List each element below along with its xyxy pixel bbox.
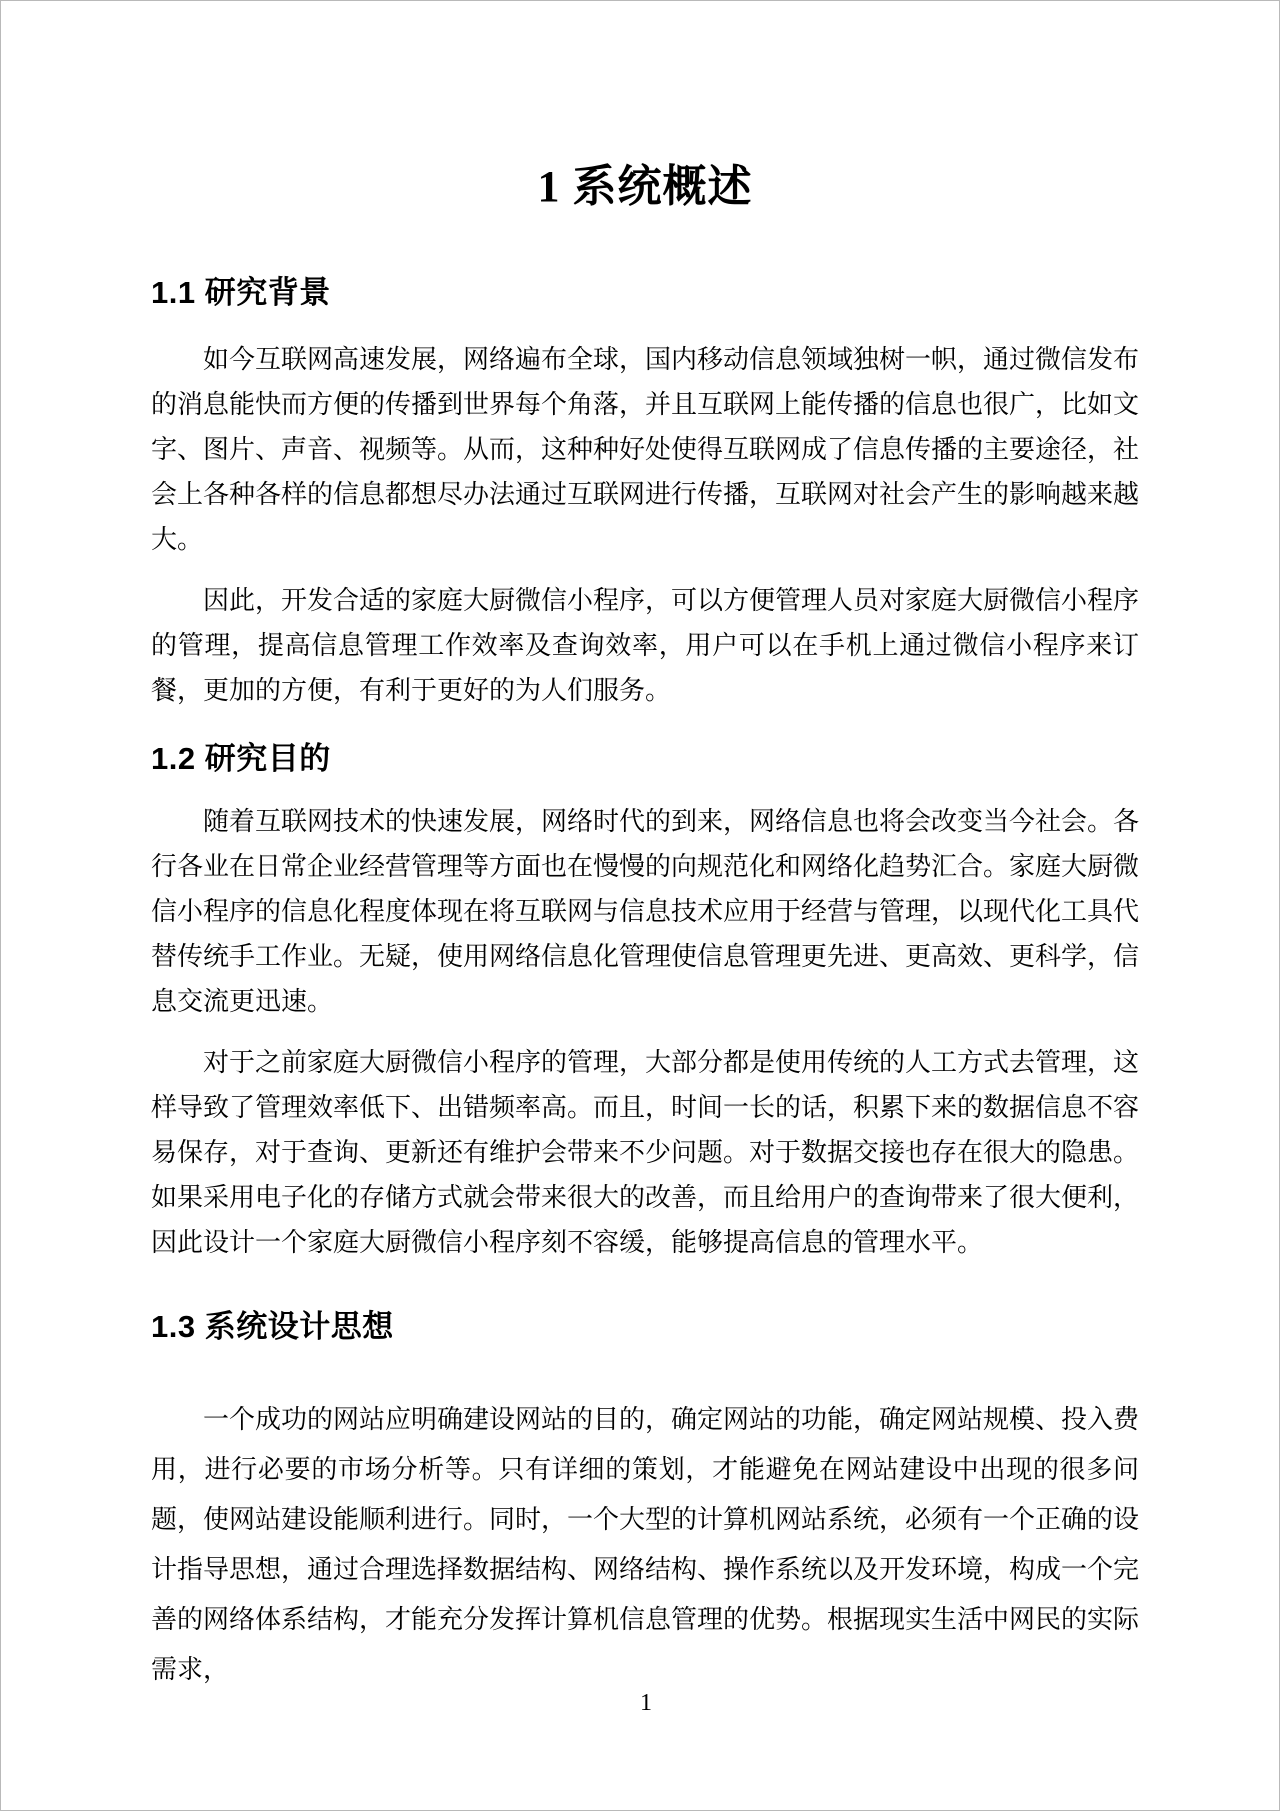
chapter-title: 1 系统概述 bbox=[151, 163, 1139, 211]
paragraph: 对于之前家庭大厨微信小程序的管理，大部分都是使用传统的人工方式去管理，这样导致了… bbox=[151, 1040, 1139, 1265]
section-heading-1-1: 1.1 研究背景 bbox=[151, 275, 1139, 311]
page-content: 1 系统概述 1.1 研究背景 如今互联网高速发展，网络遍布全球，国内移动信息领… bbox=[1, 1, 1279, 1695]
section-heading-1-3: 1.3 系统设计思想 bbox=[151, 1309, 1139, 1345]
paragraph: 随着互联网技术的快速发展，网络时代的到来，网络信息也将会改变当今社会。各行各业在… bbox=[151, 799, 1139, 1024]
section-heading-1-2: 1.2 研究目的 bbox=[151, 741, 1139, 777]
paragraph: 因此，开发合适的家庭大厨微信小程序，可以方便管理人员对家庭大厨微信小程序的管理，… bbox=[151, 578, 1139, 713]
page-number: 1 bbox=[151, 1689, 1141, 1717]
paragraph: 一个成功的网站应明确建设网站的目的，确定网站的功能，确定网站规模、投入费用，进行… bbox=[151, 1395, 1139, 1695]
paragraph: 如今互联网高速发展，网络遍布全球，国内移动信息领域独树一帜，通过微信发布的消息能… bbox=[151, 337, 1139, 562]
document-page: 1 系统概述 1.1 研究背景 如今互联网高速发展，网络遍布全球，国内移动信息领… bbox=[0, 0, 1280, 1811]
